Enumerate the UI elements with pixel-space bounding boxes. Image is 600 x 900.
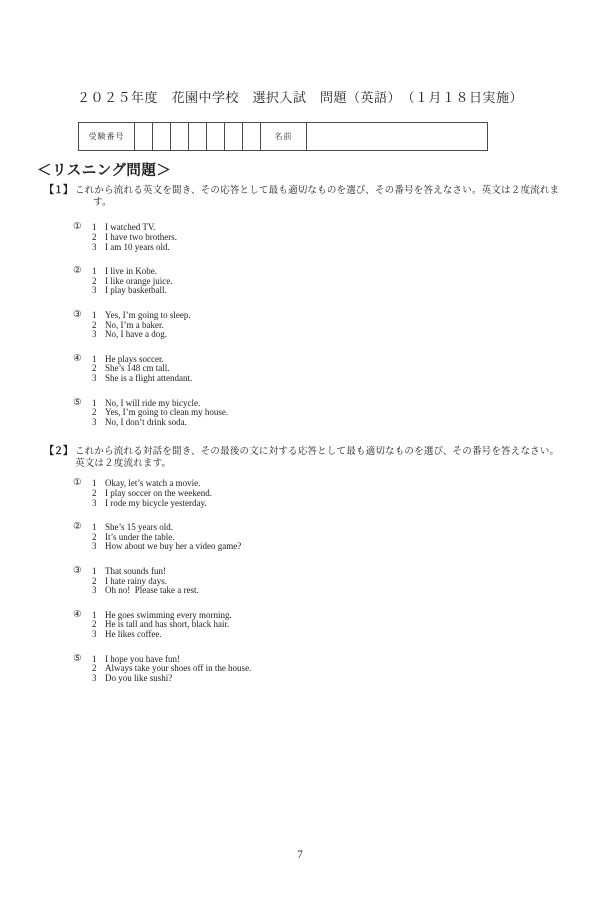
option-text: I play basketball. — [105, 286, 167, 296]
option-number: 3 — [92, 330, 105, 340]
exam-paper-page: ２０２５年度 花園中学校 選択入試 問題（英語） （１月１８日実施） 受験番号 … — [0, 0, 600, 900]
option-group: 1She’s 15 years old.2It’s under the tabl… — [92, 523, 241, 552]
answer-option: 3How about we buy her a video game? — [92, 542, 241, 552]
part-1-marker: 【１】 — [44, 185, 75, 197]
exam-number-digit-cell — [207, 123, 225, 150]
exam-number-digit-cell — [225, 123, 243, 150]
exam-number-digit-cell — [171, 123, 189, 150]
part-1-instruction: これから流れる英文を聞き、その応答として最も適切なものを選び、その番号を答えなさ… — [75, 185, 574, 209]
answer-option: 3She is a flight attendant. — [92, 374, 192, 384]
part-2-question-list: ①1Okay, let’s watch a movie.2I play socc… — [73, 479, 574, 683]
option-text: Do you like sushi? — [105, 674, 172, 684]
question-item: ④1He plays soccer.2She’s 148 cm tall.3Sh… — [73, 355, 574, 384]
option-number: 3 — [92, 374, 105, 384]
question-number: ③ — [73, 567, 92, 596]
option-number: 3 — [92, 418, 105, 428]
question-item: ①1I watched TV.2I have two brothers.3I a… — [73, 223, 574, 252]
option-number: 3 — [92, 499, 105, 509]
listening-section-heading: ＜リスニング問題＞ — [37, 159, 171, 180]
answer-option: 3Oh no! Please take a rest. — [92, 586, 199, 596]
exam-number-digit-cell — [189, 123, 207, 150]
question-item: ⑤1I hope you have fun!2Always take your … — [73, 655, 574, 684]
question-item: ②1I live in Kobe.2I like orange juice.3I… — [73, 267, 574, 296]
question-number: ② — [73, 267, 92, 296]
option-text: She is a flight attendant. — [105, 374, 192, 384]
option-group: 1Yes, I’m going to sleep.2No, I’m a bake… — [92, 311, 191, 340]
answer-option: 3He likes coffee. — [92, 630, 232, 640]
name-input-area — [307, 123, 487, 150]
option-text: Oh no! Please take a rest. — [105, 586, 199, 596]
option-number: 3 — [92, 674, 105, 684]
question-number: ④ — [73, 355, 92, 384]
question-number: ⑤ — [73, 655, 92, 684]
listening-part-2: 【２】 これから流れる対話を聞き、その最後の文に対する応答として最も適切なものを… — [44, 446, 574, 698]
option-text: I rode my bicycle yesterday. — [105, 499, 207, 509]
part-1-header: 【１】 これから流れる英文を聞き、その応答として最も適切なものを選び、その番号を… — [44, 185, 574, 209]
option-text: No, I have a dog. — [105, 330, 167, 340]
option-group: 1He plays soccer.2She’s 148 cm tall.3She… — [92, 355, 192, 384]
option-group: 1I hope you have fun!2Always take your s… — [92, 655, 251, 684]
part-2-instruction: これから流れる対話を聞き、その最後の文に対する応答として最も適切なものを選び、そ… — [75, 446, 562, 470]
answer-option: 3I rode my bicycle yesterday. — [92, 499, 212, 509]
question-number: ② — [73, 523, 92, 552]
answer-option: 3No, I don’t drink soda. — [92, 418, 228, 428]
name-label: 名前 — [261, 123, 307, 150]
option-text: No, I don’t drink soda. — [105, 418, 187, 428]
page-number: 7 — [0, 849, 600, 861]
question-item: ③1Yes, I’m going to sleep.2No, I’m a bak… — [73, 311, 574, 340]
candidate-info-table: 受験番号 名前 — [78, 122, 488, 151]
option-group: 1I live in Kobe.2I like orange juice.3I … — [92, 267, 172, 296]
option-number: 3 — [92, 286, 105, 296]
option-number: 3 — [92, 586, 105, 596]
question-number: ③ — [73, 311, 92, 340]
listening-part-1: 【１】 これから流れる英文を聞き、その応答として最も適切なものを選び、その番号を… — [44, 185, 574, 442]
option-group: 1No, I will ride my bicycle.2Yes, I’m go… — [92, 399, 228, 428]
question-item: ④1He goes swimming every morning.2He is … — [73, 611, 574, 640]
question-number: ⑤ — [73, 399, 92, 428]
question-number: ④ — [73, 611, 92, 640]
option-text: He likes coffee. — [105, 630, 162, 640]
option-group: 1Okay, let’s watch a movie.2I play socce… — [92, 479, 212, 508]
option-group: 1I watched TV.2I have two brothers.3I am… — [92, 223, 177, 252]
page-title: ２０２５年度 花園中学校 選択入試 問題（英語） （１月１８日実施） — [0, 87, 600, 106]
option-text: I am 10 years old. — [105, 243, 170, 253]
option-group: 1He goes swimming every morning.2He is t… — [92, 611, 232, 640]
exam-number-digit-cell — [135, 123, 153, 150]
question-item: ②1She’s 15 years old.2It’s under the tab… — [73, 523, 574, 552]
question-number: ① — [73, 223, 92, 252]
option-number: 3 — [92, 630, 105, 640]
question-item: ①1Okay, let’s watch a movie.2I play socc… — [73, 479, 574, 508]
option-number: 3 — [92, 243, 105, 253]
exam-number-digit-cell — [153, 123, 171, 150]
part-2-marker: 【２】 — [44, 446, 75, 458]
option-group: 1That sounds fun!2I hate rainy days.3Oh … — [92, 567, 199, 596]
part-2-header: 【２】 これから流れる対話を聞き、その最後の文に対する応答として最も適切なものを… — [44, 446, 574, 470]
answer-option: 3I play basketball. — [92, 286, 172, 296]
question-item: ③1That sounds fun!2I hate rainy days.3Oh… — [73, 567, 574, 596]
exam-number-digit-cell — [243, 123, 261, 150]
answer-option: 3No, I have a dog. — [92, 330, 191, 340]
option-number: 3 — [92, 542, 105, 552]
answer-option: 3I am 10 years old. — [92, 243, 177, 253]
question-item: ⑤1No, I will ride my bicycle.2Yes, I’m g… — [73, 399, 574, 428]
option-text: How about we buy her a video game? — [105, 542, 241, 552]
exam-number-label: 受験番号 — [79, 123, 135, 150]
question-number: ① — [73, 479, 92, 508]
answer-option: 3Do you like sushi? — [92, 674, 251, 684]
part-1-question-list: ①1I watched TV.2I have two brothers.3I a… — [73, 223, 574, 427]
